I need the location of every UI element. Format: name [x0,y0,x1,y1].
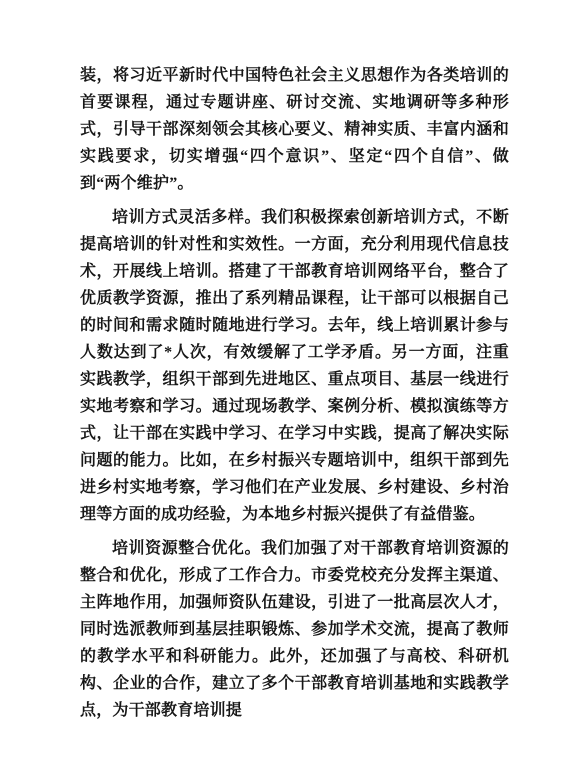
paragraph-training-resources: 培训资源整合优化。我们加强了对干部教育培训资源的整合和优化，形成了工作合力。市委… [80,535,509,724]
document-body: 装，将习近平新时代中国特色社会主义思想作为各类培训的首要课程，通过专题讲座、研讨… [80,62,509,724]
document-page: 装，将习近平新时代中国特色社会主义思想作为各类培训的首要课程，通过专题讲座、研讨… [0,0,586,759]
paragraph-continuation: 装，将习近平新时代中国特色社会主义思想作为各类培训的首要课程，通过专题讲座、研讨… [80,62,509,197]
paragraph-training-methods: 培训方式灵活多样。我们积极探索创新培训方式，不断提高培训的针对性和实效性。一方面… [80,204,509,528]
